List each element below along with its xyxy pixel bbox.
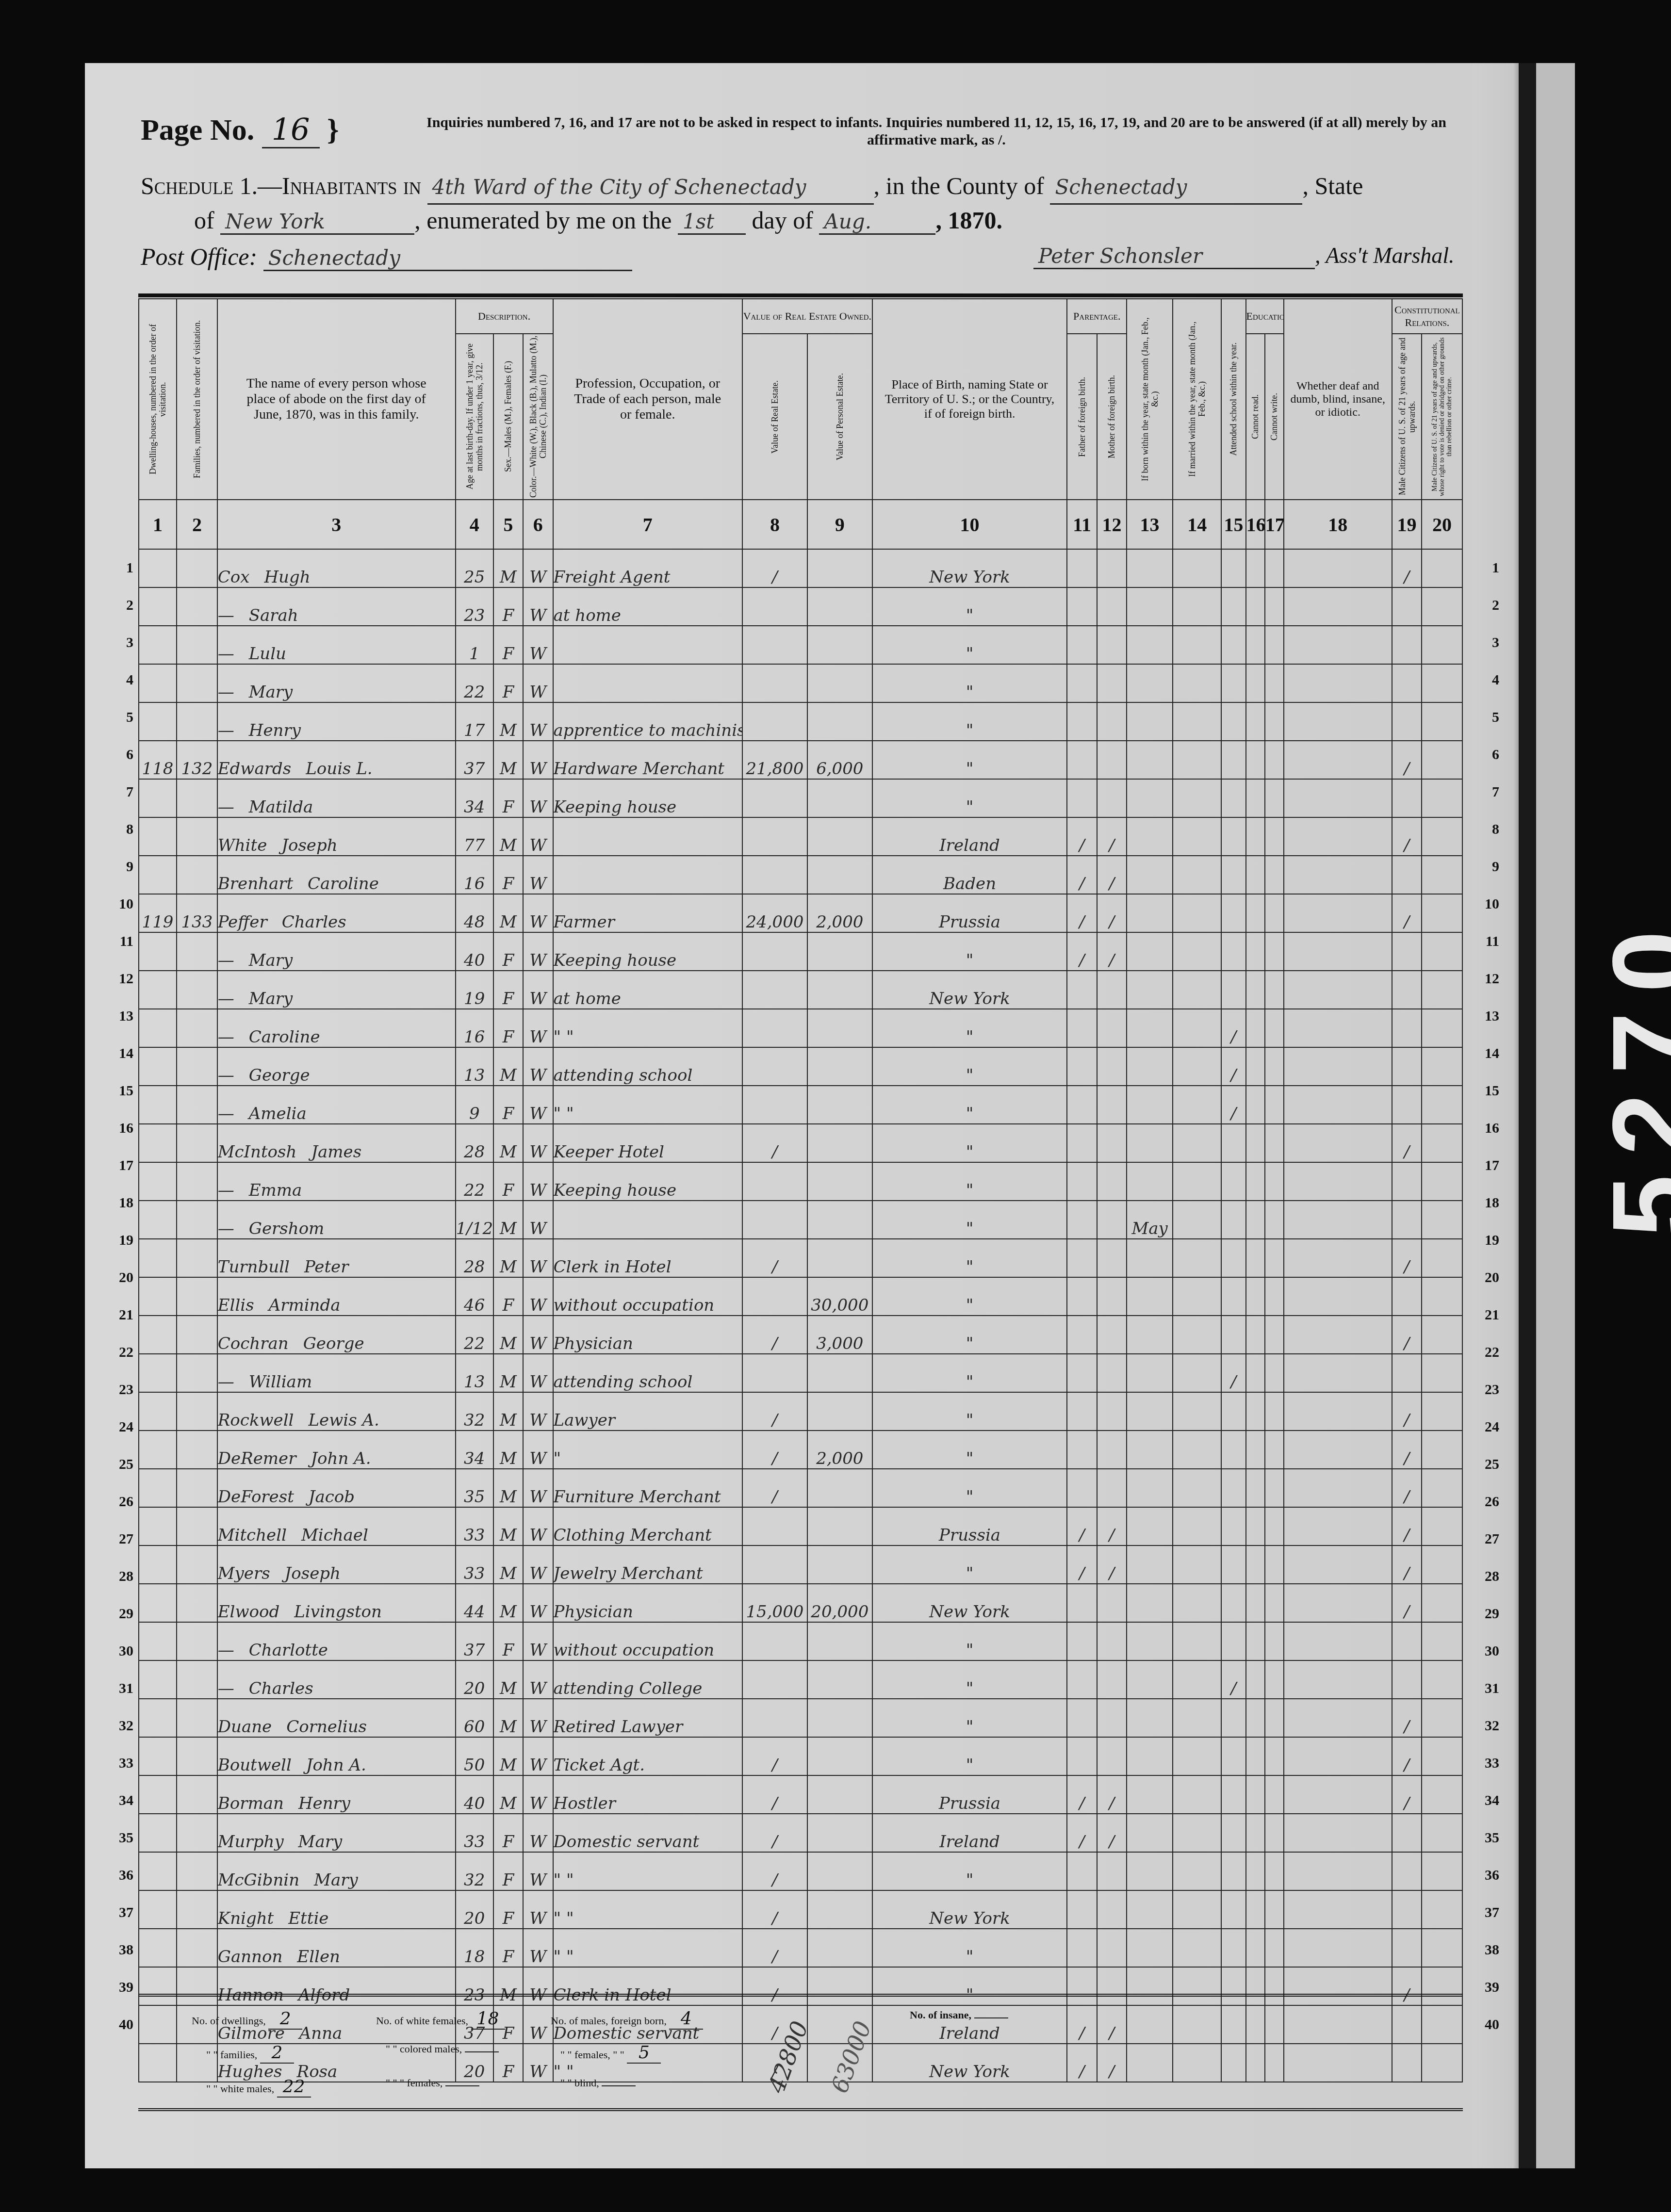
father-foreign-mark: / [1067, 1507, 1097, 1545]
person-name: DeForestJacob [217, 1469, 456, 1507]
born-month [1127, 817, 1173, 856]
enumerated-label: , enumerated by me on the [414, 207, 672, 234]
col13-header: If born within the year, state month (Ja… [1127, 299, 1173, 500]
vote-denied [1422, 741, 1462, 779]
occupation: Physician [553, 1584, 743, 1622]
line-number: 9 [109, 848, 133, 885]
occupation: Keeping house [553, 779, 743, 817]
cannot-write [1265, 1545, 1284, 1584]
dwelling-number [139, 1392, 177, 1431]
father-foreign-mark [1067, 1660, 1097, 1699]
cannot-read [1246, 817, 1265, 856]
family-number [177, 1431, 217, 1469]
census-row: KnightEttie20FW" "/New York [139, 1890, 1462, 1929]
family-number: 133 [177, 894, 217, 932]
disability [1284, 1737, 1392, 1775]
real-estate-value: / [742, 1124, 807, 1162]
father-foreign-mark: / [1067, 932, 1097, 971]
person-name: —Matilda [217, 779, 456, 817]
foreign-females-value: 5 [627, 2043, 661, 2064]
schedule-label: Schedule 1.—Inhabitants in [141, 172, 421, 199]
given-name: George [303, 1334, 364, 1353]
given-name: Emma [249, 1181, 302, 1200]
col9-header-text: Value of Personal Estate. [835, 373, 845, 460]
census-row: —Gershom1/12MW"May [139, 1201, 1462, 1239]
personal-estate-value [807, 971, 872, 1009]
dwelling-number [139, 1009, 177, 1047]
born-month [1127, 1507, 1173, 1545]
family-number [177, 1239, 217, 1277]
color: W [523, 1354, 553, 1392]
citizen-mark: / [1392, 1775, 1422, 1814]
cannot-read [1246, 1009, 1265, 1047]
real-estate-value: / [742, 1929, 807, 1967]
family-number [177, 549, 217, 587]
line-number: 29 [109, 1595, 133, 1632]
mother-foreign-mark [1097, 1737, 1127, 1775]
cannot-read [1246, 1660, 1265, 1699]
cannot-write [1265, 702, 1284, 741]
col17-header: Cannot write. [1265, 334, 1284, 500]
disability [1284, 1660, 1392, 1699]
school-mark [1221, 1469, 1245, 1507]
surname: — [218, 1641, 234, 1660]
age: 34 [456, 1431, 493, 1469]
line-number: 17 [1475, 1147, 1499, 1184]
mother-foreign-mark [1097, 587, 1127, 626]
age: 77 [456, 817, 493, 856]
given-name: Mary [314, 1870, 358, 1890]
citizen-mark [1392, 664, 1422, 702]
given-name: Ettie [288, 1909, 328, 1928]
personal-estate-value [807, 1737, 872, 1775]
married-month [1173, 664, 1221, 702]
dwelling-number [139, 1584, 177, 1622]
line-number: 14 [1475, 1035, 1499, 1072]
cannot-write [1265, 1162, 1284, 1201]
school-mark: / [1221, 1009, 1245, 1047]
occupation: Jewelry Merchant [553, 1545, 743, 1584]
personal-estate-value [807, 1545, 872, 1584]
vote-denied [1422, 1622, 1462, 1660]
person-name: GannonEllen [217, 1929, 456, 1967]
occupation: at home [553, 971, 743, 1009]
column-number: 20 [1422, 500, 1462, 549]
real-estate-value [742, 1622, 807, 1660]
census-row: DuaneCornelius60MWRetired Lawyer"/ [139, 1699, 1462, 1737]
school-mark [1221, 1124, 1245, 1162]
person-name: —Charles [217, 1660, 456, 1699]
family-number [177, 1124, 217, 1162]
line-number: 19 [109, 1221, 133, 1259]
summary-insane: No. of insane, [910, 2009, 1008, 2021]
line-number: 30 [1475, 1632, 1499, 1670]
education-group-header: Education. [1246, 299, 1284, 334]
line-number: 28 [109, 1558, 133, 1595]
color: W [523, 1814, 553, 1852]
person-name: TurnbullPeter [217, 1239, 456, 1277]
blind-label: " " blind, [560, 2077, 599, 2089]
family-number [177, 932, 217, 971]
line-number: 3 [1475, 624, 1499, 661]
line-number: 29 [1475, 1595, 1499, 1632]
family-number [177, 1277, 217, 1316]
vote-denied [1422, 932, 1462, 971]
census-row: DeRemerJohn A.34MW"/2,000"/ [139, 1431, 1462, 1469]
occupation: " " [553, 1929, 743, 1967]
col14-header-text: If married within the year, state month … [1187, 317, 1207, 482]
cannot-read [1246, 1162, 1265, 1201]
cannot-read [1246, 932, 1265, 971]
sex: M [493, 549, 523, 587]
place-of-birth: " [872, 1162, 1067, 1201]
given-name: Livingston [294, 1602, 382, 1622]
citizen-mark [1392, 1354, 1422, 1392]
real-estate-value: 24,000 [742, 894, 807, 932]
column-number: 5 [493, 500, 523, 549]
age: 32 [456, 1392, 493, 1431]
citizen-mark [1392, 971, 1422, 1009]
family-number [177, 626, 217, 664]
person-name: CochranGeorge [217, 1316, 456, 1354]
col8-header-text: Value of Real Estate. [770, 380, 780, 454]
summary-families: " " families, 2 [206, 2043, 294, 2064]
summary-colored-males: " " colored males, [386, 2043, 499, 2055]
personal-estate-value [807, 664, 872, 702]
father-foreign-mark [1067, 1431, 1097, 1469]
line-number: 25 [1475, 1446, 1499, 1483]
census-row: MitchellMichael33MWClothing MerchantPrus… [139, 1507, 1462, 1545]
sex: M [493, 1124, 523, 1162]
column-number: 18 [1284, 500, 1392, 549]
families-value: 2 [260, 2043, 294, 2064]
col19-header-text: Male Citizens of U. S. of 21 years of ag… [1397, 334, 1417, 499]
census-row: —Amelia9FW" ""/ [139, 1086, 1462, 1124]
married-month [1173, 1814, 1221, 1852]
mother-foreign-mark [1097, 1699, 1127, 1737]
place-of-birth: " [872, 1124, 1067, 1162]
cannot-read [1246, 1201, 1265, 1239]
person-name: —George [217, 1047, 456, 1086]
age: 25 [456, 549, 493, 587]
mother-foreign-mark [1097, 779, 1127, 817]
vote-denied [1422, 1852, 1462, 1890]
occupation [553, 664, 743, 702]
color: W [523, 1239, 553, 1277]
cannot-read [1246, 587, 1265, 626]
col2-header-text: Families, numbered in the order of visit… [192, 320, 202, 478]
born-month [1127, 1545, 1173, 1584]
sex: F [493, 626, 523, 664]
color: W [523, 1507, 553, 1545]
real-estate-value: / [742, 1392, 807, 1431]
age: 33 [456, 1814, 493, 1852]
occupation: Keeping house [553, 932, 743, 971]
married-month [1173, 1201, 1221, 1239]
line-number: 37 [1475, 1894, 1499, 1931]
place-of-birth: " [872, 1009, 1067, 1047]
sex: M [493, 1047, 523, 1086]
citizen-mark: / [1392, 1737, 1422, 1775]
school-mark [1221, 1507, 1245, 1545]
family-number [177, 1086, 217, 1124]
surname: — [218, 606, 234, 625]
age: 16 [456, 856, 493, 894]
occupation: Ticket Agt. [553, 1737, 743, 1775]
col5-header: Sex.—Males (M.), Females (F.) [493, 334, 523, 500]
married-month [1173, 1124, 1221, 1162]
personal-estate-value [807, 1354, 872, 1392]
born-month [1127, 741, 1173, 779]
school-mark [1221, 1852, 1245, 1890]
vote-denied [1422, 1545, 1462, 1584]
line-number: 31 [109, 1670, 133, 1707]
married-month [1173, 1929, 1221, 1967]
school-mark [1221, 1239, 1245, 1277]
disability [1284, 1316, 1392, 1354]
personal-estate-value [807, 1124, 872, 1162]
column-number: 13 [1127, 500, 1173, 549]
cannot-write [1265, 1047, 1284, 1086]
col6-header: Color.—White (W.), Black (B.), Mulatto (… [523, 334, 553, 500]
citizen-mark [1392, 1277, 1422, 1316]
cannot-write [1265, 1277, 1284, 1316]
occupation: Keeping house [553, 1162, 743, 1201]
vote-denied [1422, 664, 1462, 702]
real-estate-value: / [742, 1431, 807, 1469]
citizen-mark: / [1392, 1469, 1422, 1507]
line-number: 3 [109, 624, 133, 661]
father-foreign-mark [1067, 587, 1097, 626]
cannot-read [1246, 894, 1265, 932]
school-mark [1221, 587, 1245, 626]
citizen-mark [1392, 856, 1422, 894]
family-number [177, 1469, 217, 1507]
school-mark: / [1221, 1354, 1245, 1392]
vote-denied [1422, 817, 1462, 856]
mother-foreign-mark [1097, 1201, 1127, 1239]
film-edge-light [1536, 63, 1575, 2168]
dwelling-number [139, 1431, 177, 1469]
born-month [1127, 1392, 1173, 1431]
given-name: Michael [301, 1526, 368, 1545]
col1-header-text: Dwelling-houses, numbered in the order o… [148, 317, 167, 482]
personal-estate-value [807, 1622, 872, 1660]
real-estate-value [742, 1277, 807, 1316]
given-name: Henry [249, 721, 301, 740]
given-name: Caroline [308, 874, 379, 894]
vote-denied [1422, 1086, 1462, 1124]
age: 16 [456, 1009, 493, 1047]
col16-header-text: Cannot read. [1250, 394, 1260, 439]
father-foreign-mark [1067, 1392, 1097, 1431]
school-mark [1221, 894, 1245, 932]
father-foreign-mark [1067, 1201, 1097, 1239]
surname: Rockwell [218, 1411, 294, 1430]
school-mark [1221, 1737, 1245, 1775]
surname: Cox [218, 568, 250, 587]
occupation: Keeper Hotel [553, 1124, 743, 1162]
line-number: 38 [1475, 1931, 1499, 1968]
citizen-mark: / [1392, 1316, 1422, 1354]
surname: Boutwell [218, 1756, 292, 1775]
surname: Ellis [218, 1296, 254, 1315]
cannot-write [1265, 1392, 1284, 1431]
census-row: MurphyMary33FWDomestic servant/Ireland// [139, 1814, 1462, 1852]
born-month [1127, 894, 1173, 932]
summary-foreign-males: No. of males, foreign born, 4 [551, 2009, 703, 2030]
sex: M [493, 894, 523, 932]
given-name: Lewis A. [308, 1411, 379, 1430]
line-number: 22 [109, 1334, 133, 1371]
school-mark [1221, 702, 1245, 741]
vote-denied [1422, 1239, 1462, 1277]
married-month [1173, 1507, 1221, 1545]
cannot-read [1246, 1431, 1265, 1469]
surname: McGibnin [218, 1870, 299, 1890]
census-row: —Matilda34FWKeeping house" [139, 779, 1462, 817]
color: W [523, 1699, 553, 1737]
personal-estate-value [807, 1852, 872, 1890]
place-of-birth: " [872, 1660, 1067, 1699]
occupation: Retired Lawyer [553, 1699, 743, 1737]
born-month [1127, 1929, 1173, 1967]
disability [1284, 1086, 1392, 1124]
family-number [177, 1775, 217, 1814]
given-name: Henry [298, 1794, 350, 1813]
person-name: —Caroline [217, 1009, 456, 1047]
school-mark [1221, 1775, 1245, 1814]
place-of-birth: " [872, 1852, 1067, 1890]
colored-males-value [465, 2051, 499, 2052]
citizen-mark [1392, 587, 1422, 626]
dwellings-label: No. of dwellings, [192, 2015, 266, 2027]
cannot-read [1246, 1584, 1265, 1622]
state-field: New York [220, 210, 414, 235]
school-mark [1221, 817, 1245, 856]
post-office-line: Post Office: Schenectady [141, 243, 632, 271]
born-month [1127, 664, 1173, 702]
col18-header: Whether deaf and dumb, blind, insane, or… [1284, 299, 1392, 500]
given-name: Hugh [264, 568, 310, 587]
disability [1284, 932, 1392, 971]
age: 18 [456, 1929, 493, 1967]
line-number: 8 [109, 811, 133, 848]
foreign-females-label: " " females, " " [560, 2049, 624, 2061]
line-number: 5 [109, 699, 133, 736]
colored-males-label: " " colored males, [386, 2043, 462, 2055]
col4-header: Age at last birth-day. If under 1 year, … [456, 334, 493, 500]
insane-value [974, 2017, 1008, 2018]
surname: — [218, 951, 234, 970]
cannot-write [1265, 1201, 1284, 1239]
line-number: 15 [109, 1072, 133, 1109]
mother-foreign-mark [1097, 1929, 1127, 1967]
disability [1284, 664, 1392, 702]
cannot-read [1246, 971, 1265, 1009]
real-estate-value [742, 1047, 807, 1086]
occupation: Furniture Merchant [553, 1469, 743, 1507]
surname: Myers [218, 1564, 270, 1583]
place-of-birth: Ireland [872, 1814, 1067, 1852]
cannot-read [1246, 1545, 1265, 1584]
father-foreign-mark: / [1067, 1814, 1097, 1852]
married-month [1173, 1392, 1221, 1431]
age: 48 [456, 894, 493, 932]
vote-denied [1422, 1660, 1462, 1699]
line-number: 7 [1475, 773, 1499, 811]
cannot-read [1246, 1814, 1265, 1852]
age: 40 [456, 1775, 493, 1814]
line-number: 26 [109, 1483, 133, 1520]
cannot-read [1246, 1239, 1265, 1277]
cannot-write [1265, 741, 1284, 779]
married-month [1173, 1584, 1221, 1622]
line-number: 27 [109, 1520, 133, 1558]
column-number: 10 [872, 500, 1067, 549]
father-foreign-mark [1067, 1047, 1097, 1086]
citizen-mark: / [1392, 741, 1422, 779]
cannot-read [1246, 1354, 1265, 1392]
dwelling-number [139, 1507, 177, 1545]
married-month [1173, 894, 1221, 932]
age: 13 [456, 1047, 493, 1086]
real-estate-value: / [742, 549, 807, 587]
surname: — [218, 1027, 234, 1047]
color: W [523, 1775, 553, 1814]
family-number [177, 1047, 217, 1086]
family-number [177, 587, 217, 626]
col12-header-text: Mother of foreign birth. [1107, 375, 1116, 458]
col20-header: Male Citizens of U. S. of 21 years of ag… [1422, 334, 1462, 500]
given-name: Amelia [249, 1104, 307, 1123]
family-number [177, 856, 217, 894]
surname: White [218, 836, 267, 855]
school-mark: / [1221, 1047, 1245, 1086]
married-month [1173, 1890, 1221, 1929]
person-name: MurphyMary [217, 1814, 456, 1852]
cannot-read [1246, 1890, 1265, 1929]
dwelling-number [139, 1890, 177, 1929]
personal-estate-value [807, 1162, 872, 1201]
disability [1284, 1392, 1392, 1431]
line-number: 12 [109, 960, 133, 997]
dwellings-value: 2 [268, 2009, 302, 2030]
cannot-write [1265, 1660, 1284, 1699]
vote-denied [1422, 1047, 1462, 1086]
married-month [1173, 1277, 1221, 1316]
real-estate-value [742, 1086, 807, 1124]
person-name: KnightEttie [217, 1890, 456, 1929]
vote-denied [1422, 894, 1462, 932]
school-mark [1221, 1392, 1245, 1431]
sex: F [493, 1086, 523, 1124]
father-foreign-mark [1067, 1469, 1097, 1507]
dwelling-number [139, 1277, 177, 1316]
given-name: John A. [311, 1449, 371, 1468]
school-mark [1221, 1162, 1245, 1201]
col11-header-text: Father of foreign birth. [1077, 377, 1087, 457]
dwelling-number [139, 817, 177, 856]
father-foreign-mark [1067, 1009, 1097, 1047]
census-row: TurnbullPeter28MWClerk in Hotel/"/ [139, 1239, 1462, 1277]
married-month [1173, 1469, 1221, 1507]
mother-foreign-mark [1097, 1086, 1127, 1124]
real-estate-total: 42800 [763, 2017, 814, 2097]
census-row: McGibninMary32FW" "/" [139, 1852, 1462, 1890]
personal-estate-value [807, 626, 872, 664]
given-name: Charlotte [249, 1641, 328, 1660]
